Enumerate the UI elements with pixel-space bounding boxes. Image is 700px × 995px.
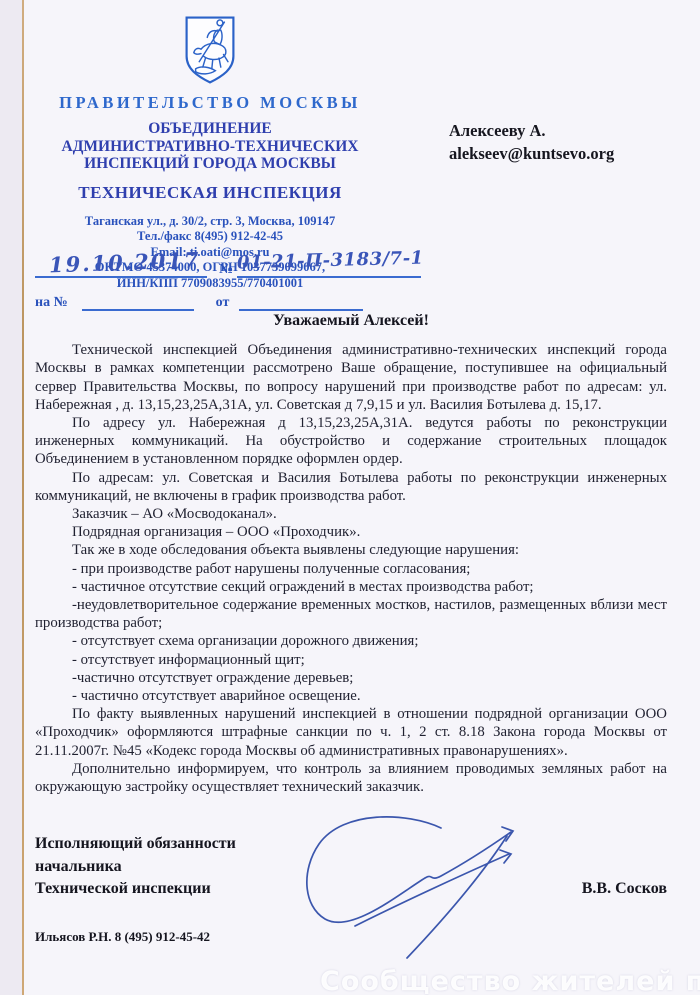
organization-line-3: ИНСПЕКЦИЙ ГОРОДА МОСКВЫ [10,155,410,173]
handwritten-signature [295,806,553,964]
letter-paragraph: По адресам: ул. Советская и Василия Боты… [35,469,667,505]
moscow-coat-of-arms-icon [183,14,237,86]
letter-body: Уважаемый Алексей! Технической инспекцие… [35,312,667,796]
letter-paragraph: Дополнительно информируем, что контроль … [35,760,667,796]
division-title: ТЕХНИЧЕСКАЯ ИНСПЕКЦИЯ [10,183,410,203]
scanned-letter-page: ПРАВИТЕЛЬСТВО МОСКВЫ ОБЪЕДИНЕНИЕ АДМИНИС… [0,0,700,995]
recipient-block: Алексееву А. alekseev@kuntsevo.org [449,119,614,165]
reference-row-outgoing: 19.10.2017 № 01-21-П-3183/7-1 [35,250,465,278]
letter-paragraph: - частично отсутствует аварийное освещен… [35,687,667,705]
recipient-name: Алексееву А. [449,119,614,142]
reference-block: 19.10.2017 № 01-21-П-3183/7-1 на № от [35,250,465,311]
signer-position-line: Технической инспекции [35,878,236,901]
letter-paragraph: По адресу ул. Набережная д 13,15,23,25А,… [35,414,667,469]
paragraphs: Технической инспекцией Объединения админ… [35,341,667,796]
contact-line: Таганская ул., д. 30/2, стр. 3, Москва, … [10,214,410,230]
organization-line-1: ОБЪЕДИНЕНИЕ [10,120,410,138]
letter-paragraph: Технической инспекцией Объединения админ… [35,341,667,414]
reference-row-reply: на № от [35,293,465,311]
signer-name: В.В. Сосков [582,878,667,901]
letter-paragraph: Так же в ходе обследования объекта выявл… [35,541,667,559]
signer-position-line: начальника [35,856,236,879]
reply-to-number-field [82,293,194,311]
letter-paragraph: По факту выявленных нарушений инспекцией… [35,705,667,760]
salutation: Уважаемый Алексей! [35,312,667,330]
reply-to-label: на № [35,295,68,311]
community-watermark: Сообщество жителей посёлка Рублёво [320,966,700,995]
letter-paragraph: Подрядная организация – ООО «Проходчик». [35,523,667,541]
reply-from-date-field [239,293,363,311]
letter-paragraph: - частичное отсутствие секций ограждений… [35,578,667,596]
number-label: № [219,262,233,278]
letter-paragraph: Заказчик – АО «Мосводоканал». [35,505,667,523]
letter-paragraph: -неудовлетворительное содержание временн… [35,596,667,632]
executor-contact: Ильясов Р.Н. 8 (495) 912-45-42 [35,929,210,945]
outgoing-date-field: 19.10.2017 [35,250,207,278]
government-title: ПРАВИТЕЛЬСТВО МОСКВЫ [10,93,410,113]
outgoing-number-field: 01-21-П-3183/7-1 [237,250,421,278]
signer-position-line: Исполняющий обязанности [35,833,236,856]
letter-paragraph: -частично отсутствует ограждение деревье… [35,669,667,687]
handwritten-date: 19.10.2017 [35,247,201,278]
organization-name: ОБЪЕДИНЕНИЕ АДМИНИСТРАТИВНО-ТЕХНИЧЕСКИХ … [10,120,410,173]
letter-paragraph: - отсутствует схема организации дорожног… [35,632,667,650]
letter-paragraph: - при производстве работ нарушены получе… [35,560,667,578]
handwritten-number: 01-21-П-3183/7-1 [237,248,424,274]
signer-position: Исполняющий обязанностиначальникаТехниче… [35,833,236,901]
contact-line: Тел./факс 8(495) 912-42-45 [10,229,410,245]
from-label: от [216,295,230,311]
organization-line-2: АДМИНИСТРАТИВНО-ТЕХНИЧЕСКИХ [10,138,410,156]
letter-paragraph: - отсутствует информационный щит; [35,651,667,669]
recipient-email: alekseev@kuntsevo.org [449,142,614,165]
